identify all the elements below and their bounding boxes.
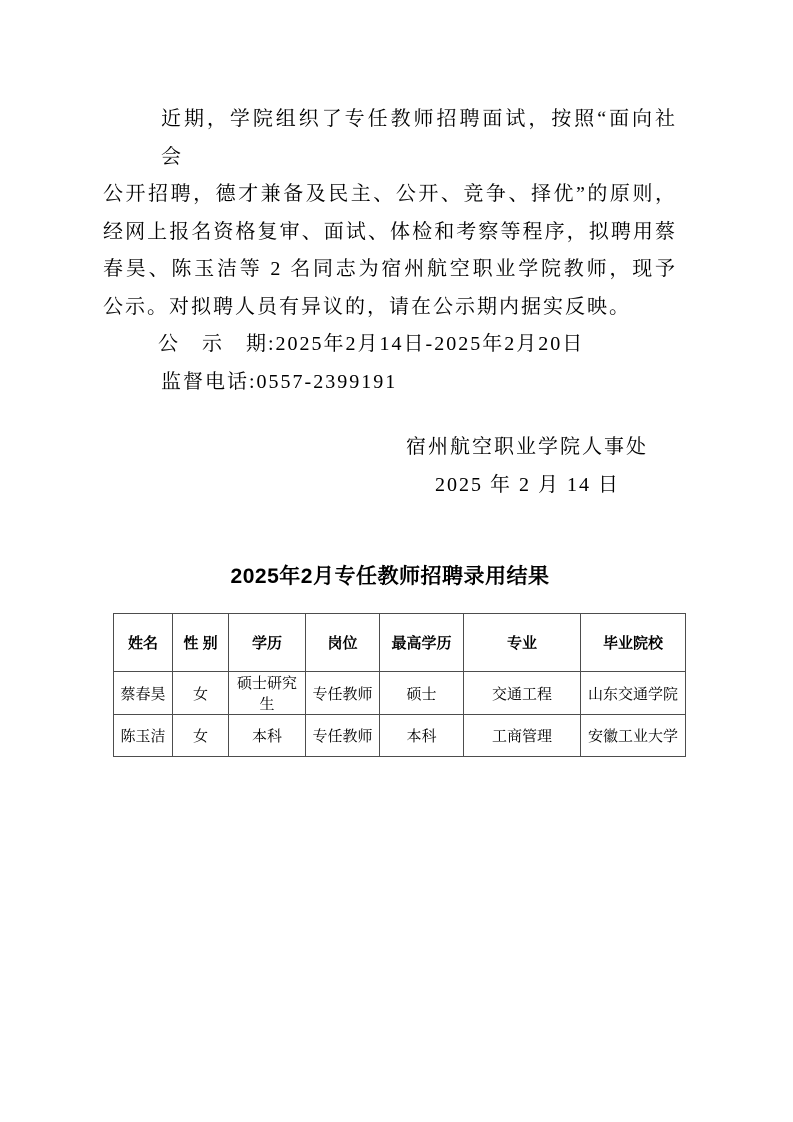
cell-major: 交通工程 xyxy=(464,672,581,715)
cell-position: 专任教师 xyxy=(306,715,380,757)
cell-education: 硕士研究生 xyxy=(229,672,306,715)
paragraph-line-4: 春昊、陈玉洁等 2 名同志为宿州航空职业学院教师，现予 xyxy=(103,251,677,289)
paragraph-line-5: 公示。对拟聘人员有异议的，请在公示期内据实反映。 xyxy=(103,289,677,327)
paragraph-line-3: 经网上报名资格复审、面试、体检和考察等程序，拟聘用蔡 xyxy=(103,214,677,252)
header-major: 专业 xyxy=(464,614,581,672)
signature-department: 宿州航空职业学院人事处 xyxy=(103,429,677,467)
cell-education: 本科 xyxy=(229,715,306,757)
cell-graduated-school: 安徽工业大学 xyxy=(581,715,686,757)
table-header-row: 姓名 性 别 学历 岗位 最高学历 专业 毕业院校 xyxy=(114,614,686,672)
cell-major: 工商管理 xyxy=(464,715,581,757)
cell-graduated-school: 山东交通学院 xyxy=(581,672,686,715)
header-gender: 性 别 xyxy=(173,614,229,672)
header-graduated-school: 毕业院校 xyxy=(581,614,686,672)
supervision-phone-line: 监督电话:0557-2399191 xyxy=(103,364,677,402)
table-row: 陈玉洁 女 本科 专任教师 本科 工商管理 安徽工业大学 xyxy=(114,715,686,757)
table-row: 蔡春昊 女 硕士研究生 专任教师 硕士 交通工程 山东交通学院 xyxy=(114,672,686,715)
paragraph-line-1: 近期，学院组织了专任教师招聘面试，按照“面向社会 xyxy=(103,101,677,176)
publicity-period-line: 公 示 期:2025年2月14日-2025年2月20日 xyxy=(103,326,677,364)
cell-highest-degree: 本科 xyxy=(380,715,464,757)
signature-date: 2025 年 2 月 14 日 xyxy=(103,467,677,505)
document-content: 近期，学院组织了专任教师招聘面试，按照“面向社会 公开招聘，德才兼备及民主、公开… xyxy=(103,0,677,757)
recruitment-result-table: 姓名 性 别 学历 岗位 最高学历 专业 毕业院校 蔡春昊 女 硕士研究生 专任… xyxy=(113,613,686,757)
cell-highest-degree: 硕士 xyxy=(380,672,464,715)
notice-paragraph: 近期，学院组织了专任教师招聘面试，按照“面向社会 公开招聘，德才兼备及民主、公开… xyxy=(103,101,677,326)
cell-name: 蔡春昊 xyxy=(114,672,173,715)
document-page: 近期，学院组织了专任教师招聘面试，按照“面向社会 公开招聘，德才兼备及民主、公开… xyxy=(0,0,793,1122)
header-education: 学历 xyxy=(229,614,306,672)
paragraph-line-2: 公开招聘，德才兼备及民主、公开、竞争、择优”的原则， xyxy=(103,176,677,214)
cell-name: 陈玉洁 xyxy=(114,715,173,757)
cell-gender: 女 xyxy=(173,715,229,757)
header-highest-degree: 最高学历 xyxy=(380,614,464,672)
header-name: 姓名 xyxy=(114,614,173,672)
header-position: 岗位 xyxy=(306,614,380,672)
table-title: 2025年2月专任教师招聘录用结果 xyxy=(103,562,677,592)
cell-position: 专任教师 xyxy=(306,672,380,715)
cell-gender: 女 xyxy=(173,672,229,715)
